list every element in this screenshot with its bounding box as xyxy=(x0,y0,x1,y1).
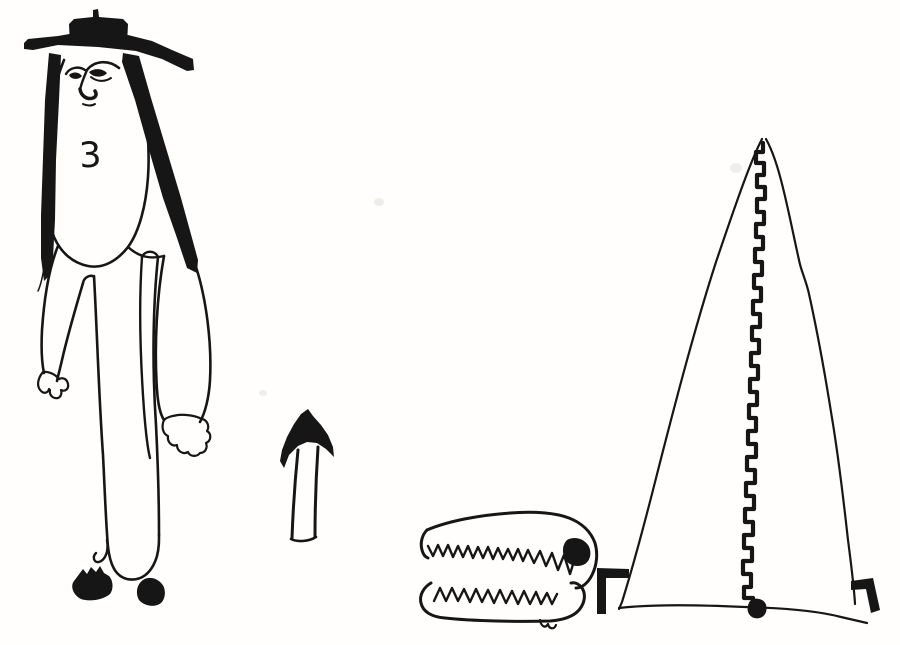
paper-smudge-3 xyxy=(259,390,267,396)
croc-lower-jaw xyxy=(421,583,585,622)
arrow-head xyxy=(280,409,334,468)
chest-number-label: 3 xyxy=(78,135,102,176)
paper-texture xyxy=(259,163,742,396)
legs-inner-line xyxy=(140,257,150,458)
teepee-right-edge xyxy=(766,139,855,604)
teepee-left-edge xyxy=(619,139,762,609)
croc-upper-teeth xyxy=(428,545,575,574)
left-leg-outer xyxy=(94,276,108,547)
nose-tip xyxy=(80,89,96,99)
teepee-drawing xyxy=(597,139,880,623)
person-figure-drawing xyxy=(24,9,210,606)
left-arm-inner xyxy=(57,283,83,381)
left-eye-pupil xyxy=(69,72,82,78)
crocodile-head-drawing xyxy=(421,512,597,628)
hip-gap-left-arc xyxy=(83,276,94,283)
mouth xyxy=(83,104,95,106)
drawing-canvas: 3 xyxy=(0,0,900,645)
scanned-drawing-page: 3 xyxy=(0,0,900,645)
right-shoe xyxy=(137,578,165,606)
left-shoe xyxy=(72,566,112,600)
right-hand xyxy=(163,415,211,456)
paper-smudge-1 xyxy=(374,198,384,206)
up-arrow-drawing xyxy=(280,409,334,541)
croc-lower-teeth xyxy=(434,588,557,604)
nose-bridge xyxy=(80,70,87,90)
teepee-zipper xyxy=(743,143,765,603)
paper-smudge-2 xyxy=(730,163,742,173)
left-hand xyxy=(38,372,68,398)
right-arm-outer xyxy=(196,267,210,422)
legs-bottom-curve xyxy=(108,535,159,580)
right-eye-lower-lid xyxy=(91,77,111,81)
teepee-base-line xyxy=(619,605,867,623)
left-ankle-hook xyxy=(94,540,108,562)
arrow-shaft-right xyxy=(315,447,318,537)
croc-snout-left-end xyxy=(421,530,428,558)
right-eye-pupil xyxy=(89,69,107,77)
arrow-shaft-left xyxy=(292,450,298,538)
right-eye-lid xyxy=(87,62,119,70)
arrow-shaft-bottom xyxy=(291,537,316,541)
teepee-zipper-pull xyxy=(748,599,767,619)
